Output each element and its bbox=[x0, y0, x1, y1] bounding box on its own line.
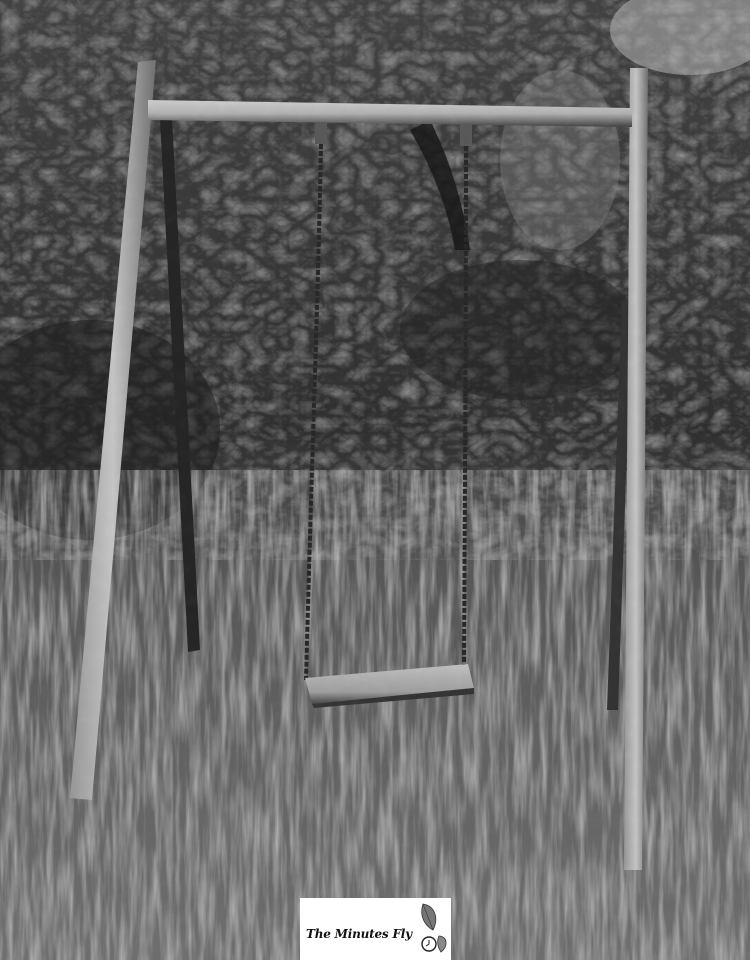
leaf-and-clock-icon bbox=[409, 900, 449, 958]
watermark-text: The Minutes Fly bbox=[306, 927, 412, 941]
watermark: The Minutes Fly bbox=[300, 898, 451, 960]
swing-scene bbox=[0, 0, 750, 960]
photo: The Minutes Fly bbox=[0, 0, 750, 960]
